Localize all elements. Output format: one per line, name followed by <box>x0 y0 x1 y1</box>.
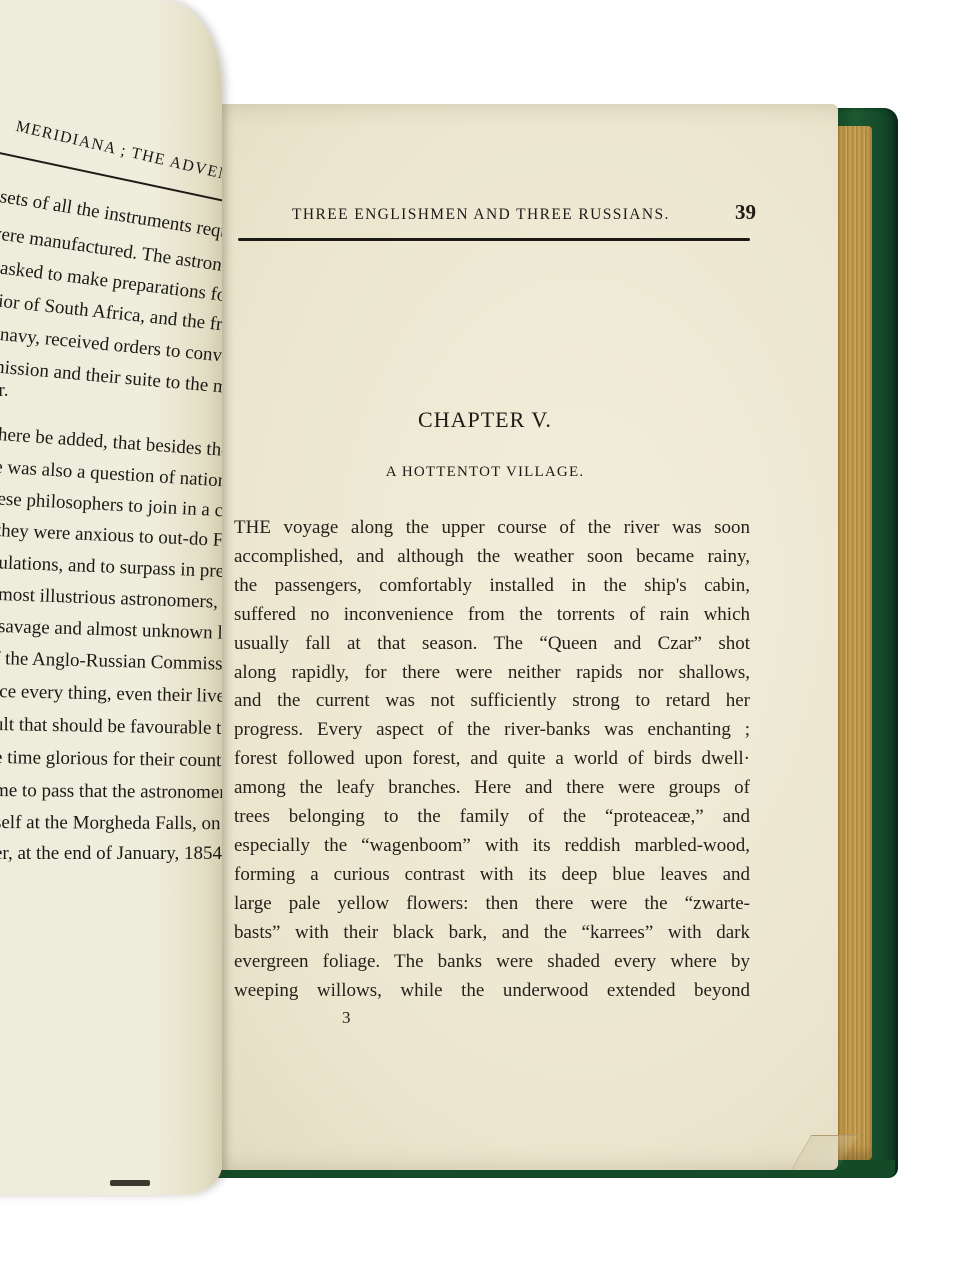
text-line: progress. Every aspect of the river-bank… <box>234 716 750 745</box>
text-line: and the current was not sufficiently str… <box>234 687 750 716</box>
text-line: savage and almost unknown land <box>0 616 222 645</box>
left-page-shadow-edge <box>110 1180 150 1186</box>
text-line: hese philosophers to join in a common <box>0 488 222 525</box>
right-page: THREE ENGLISHMEN AND THREE RUSSIANS. 39 … <box>192 104 838 1170</box>
text-line: the passengers, comfortably installed in… <box>234 572 750 601</box>
text-line: usually fall at that season. The “Queen … <box>234 630 750 659</box>
text-line: self at the Morgheda Falls, on the <box>0 812 222 835</box>
text-line: me to pass that the astronomer W <box>0 780 222 804</box>
text-line: large pale yellow flowers: then there we… <box>234 890 750 919</box>
text-line: basts” with their black bark, and the “k… <box>234 919 750 948</box>
text-line: ice every thing, even their lives, in <box>0 681 222 708</box>
chapter-subtitle: A HOTTENTOT VILLAGE. <box>192 464 778 481</box>
head-rule <box>238 238 750 241</box>
text-line: evergreen foliage. The banks were shaded… <box>234 948 750 977</box>
text-line: e time glorious for their country <box>0 747 222 772</box>
text-line: they were anxious to out-do France <box>0 520 222 554</box>
running-head-title: THREE ENGLISHMEN AND THREE RUSSIANS. <box>292 206 670 224</box>
chapter-title: CHAPTER V. <box>192 407 778 433</box>
page-number: 39 <box>735 200 756 225</box>
text-line: most illustrious astronomers, and <box>0 584 222 615</box>
text-line: ult that should be favourable to <box>0 714 222 740</box>
text-line: THE voyage along the upper course of the… <box>234 514 750 543</box>
text-line: among the leafy branches. Here and there… <box>234 774 750 803</box>
text-line: especially the “wagenboom” with its redd… <box>234 832 750 861</box>
gilt-page-edges <box>838 126 872 1160</box>
text-line: er, at the end of January, 1854 <box>0 843 222 865</box>
text-line: f the Anglo-Russian Commission <box>0 648 222 676</box>
text-line: re was also a question of national <box>0 456 222 493</box>
text-line: suffered no inconvenience from the torre… <box>234 601 750 630</box>
text-line: er. <box>0 380 8 402</box>
text-line: accomplished, and although the weather s… <box>234 543 750 572</box>
text-line: trees belonging to the family of the “pr… <box>234 803 750 832</box>
left-page-content: MERIDIANA ; THE ADVENTURES OF sets of al… <box>0 0 222 1195</box>
running-head: THREE ENGLISHMEN AND THREE RUSSIANS. 39 <box>240 200 756 225</box>
text-line: culations, and to surpass in precision <box>0 552 222 585</box>
body-text: THE voyage along the upper course of the… <box>234 514 750 1005</box>
text-line: forest followed upon forest, and quite a… <box>234 745 750 774</box>
open-book-photo: THREE ENGLISHMEN AND THREE RUSSIANS. 39 … <box>0 0 960 1280</box>
signature-mark: 3 <box>342 1008 351 1028</box>
left-page-curved: MERIDIANA ; THE ADVENTURES OF sets of al… <box>0 0 222 1195</box>
text-line: weeping willows, while the underwood ext… <box>234 977 750 1006</box>
text-line: here be added, that besides the <box>0 424 222 462</box>
text-line: along rapidly, for there were neither ra… <box>234 659 750 688</box>
text-line: forming a curious contrast with its deep… <box>234 861 750 890</box>
